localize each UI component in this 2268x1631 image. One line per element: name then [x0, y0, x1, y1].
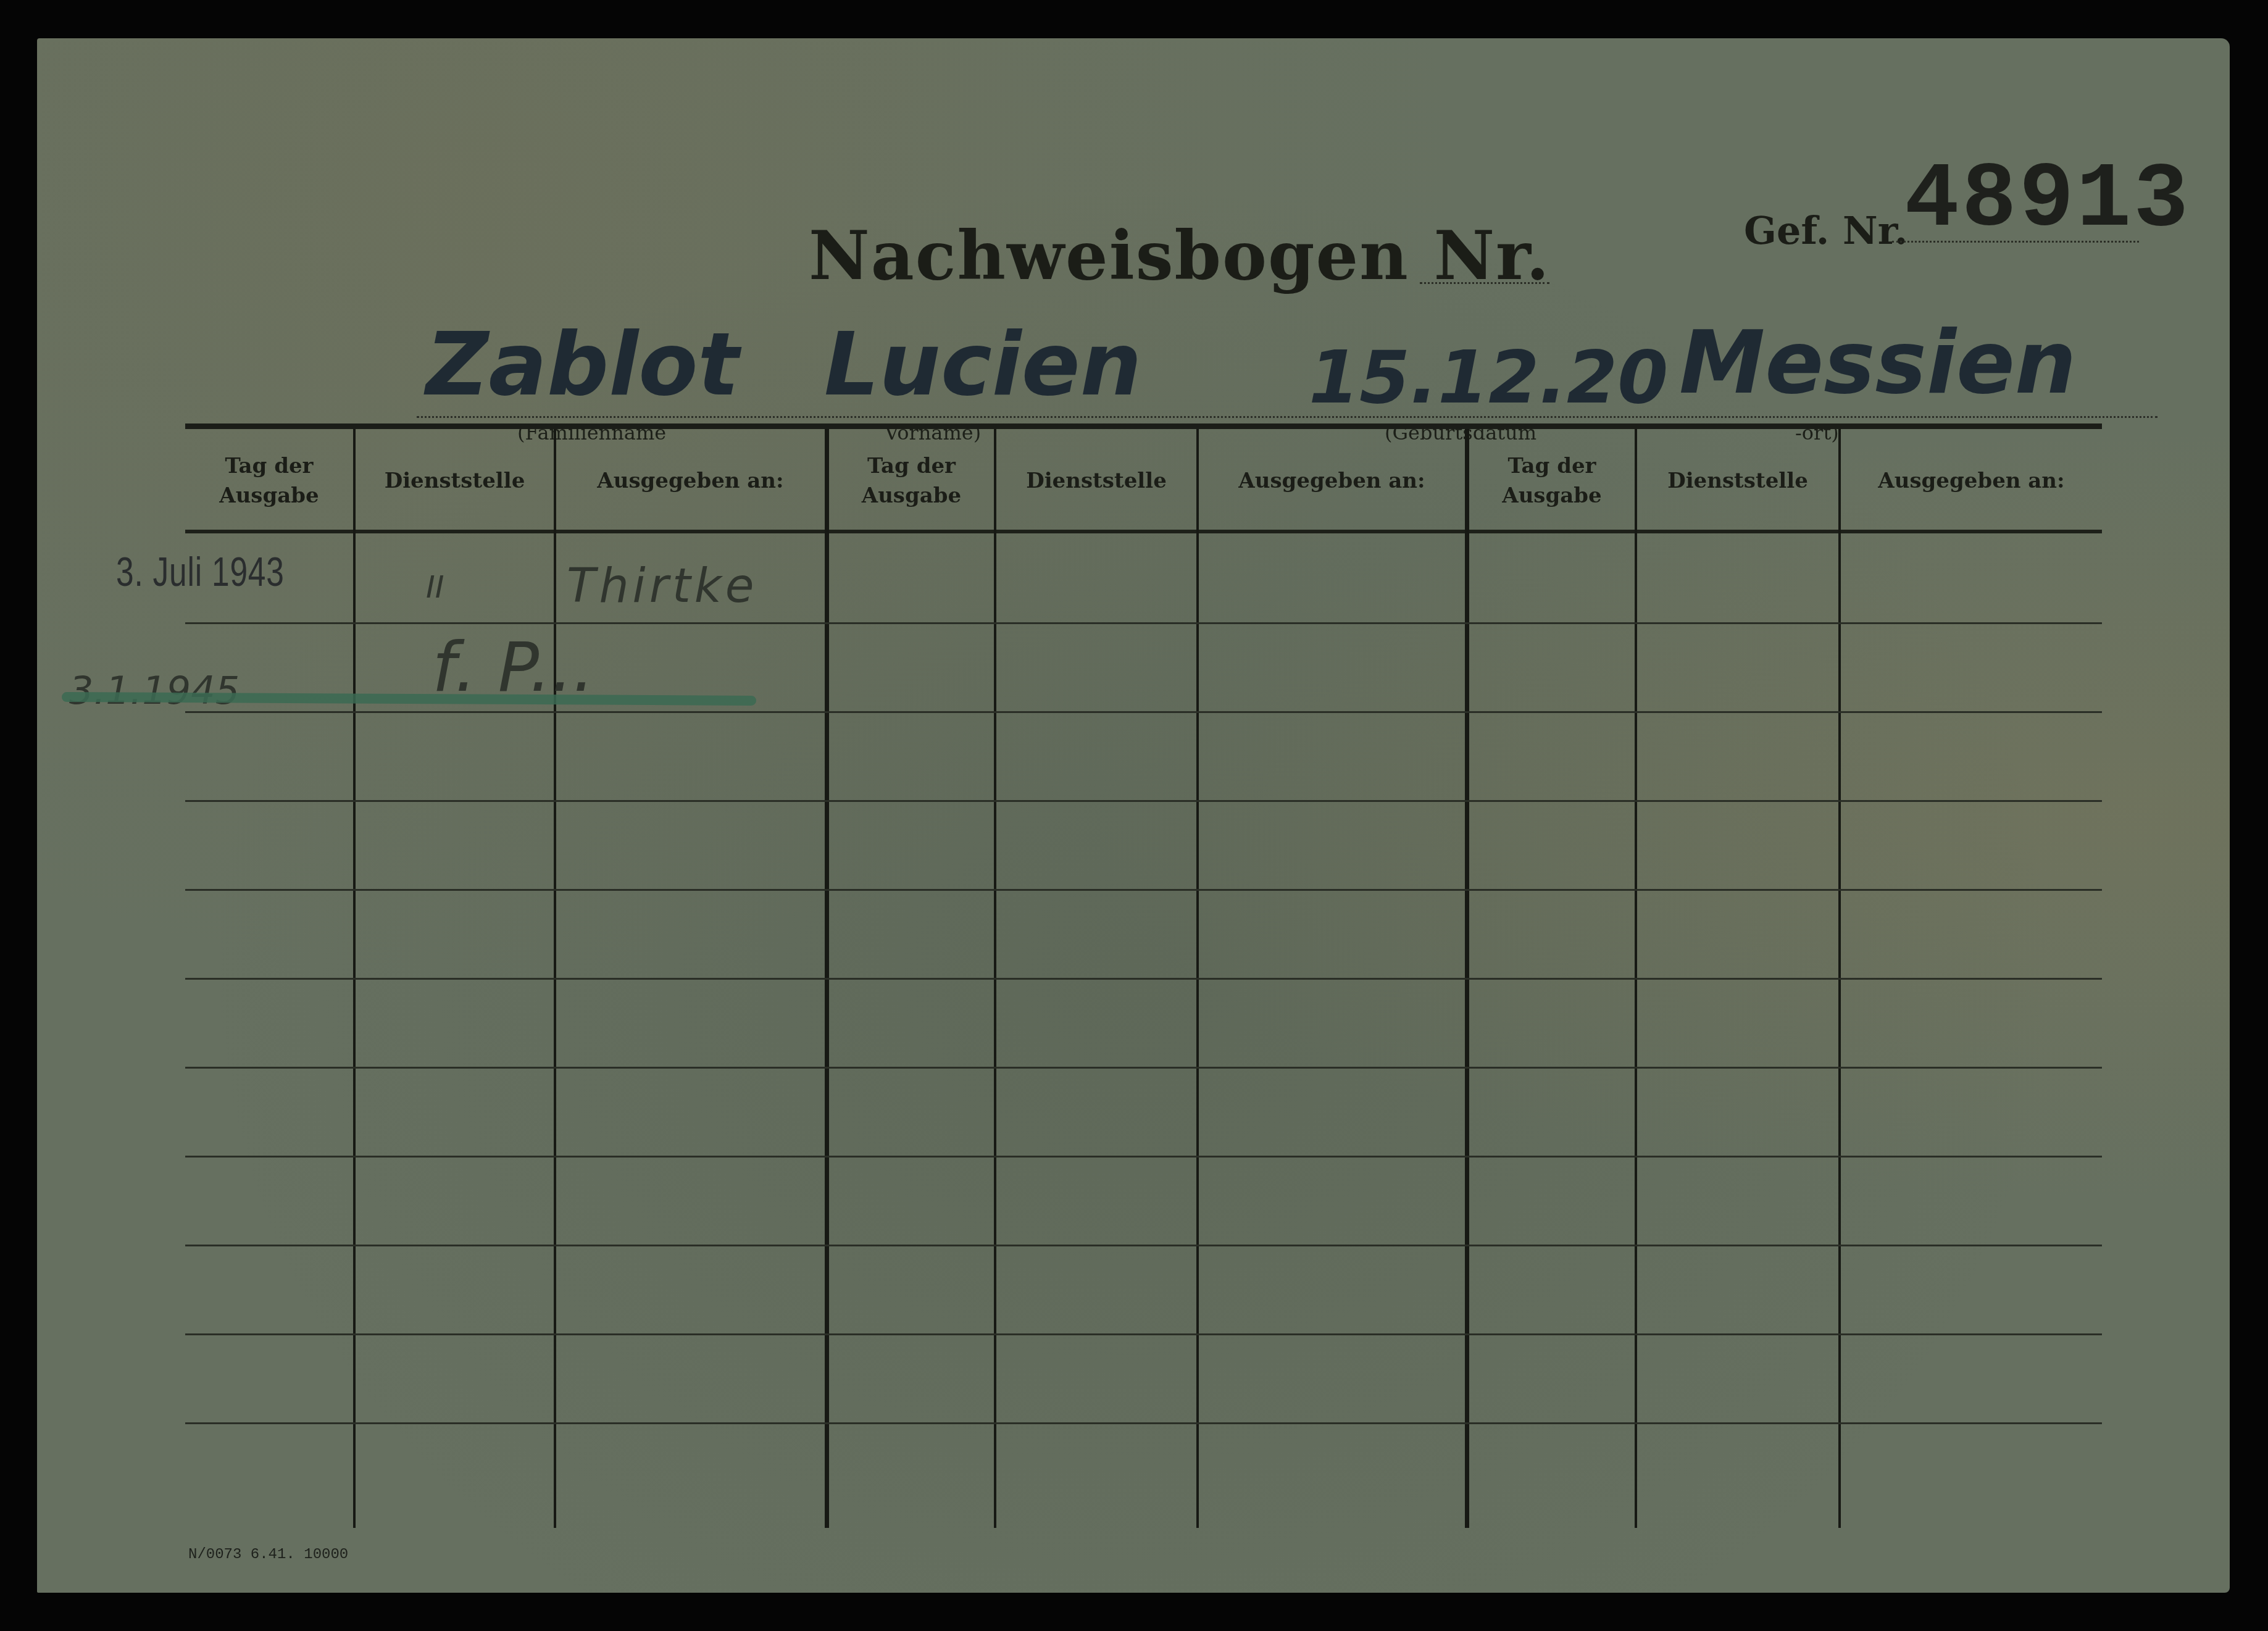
- entry-1-ausgegeben-an: Thirtke: [567, 558, 758, 613]
- row-line: [185, 1245, 2102, 1246]
- header-ausgegeben-an-3: Ausgegeben an:: [1841, 432, 2102, 530]
- issue-log-table: Tag der Ausgabe Dienststelle Ausgegeben …: [185, 423, 2102, 1529]
- header-dienststelle-1: Dienststelle: [356, 432, 554, 530]
- row-line: [185, 1333, 2102, 1335]
- table-top-rule: [185, 423, 2102, 429]
- header-bottom-rule: [185, 530, 2102, 533]
- row-line: [185, 978, 2102, 980]
- entry-2-date: 3.1.1945: [69, 668, 240, 713]
- row-line: [185, 1067, 2102, 1069]
- header-tag-der-ausgabe-1: Tag der Ausgabe: [185, 432, 353, 530]
- family-name-value: Zablot: [426, 315, 739, 415]
- personal-data-dotted-line: [417, 416, 2158, 418]
- birth-date-value: 15.12.20: [1309, 335, 1668, 420]
- title-number-dotted-line: [1420, 282, 1549, 284]
- birth-place-value: Messien: [1679, 313, 2077, 414]
- row-line: [185, 1422, 2102, 1424]
- header-ausgegeben-an-2: Ausgegeben an:: [1199, 432, 1465, 530]
- gef-nr-stamp: 48913: [1904, 149, 2191, 252]
- first-name-value: Lucien: [824, 315, 1141, 415]
- header-tag-der-ausgabe-2: Tag der Ausgabe: [829, 432, 994, 530]
- row-line: [185, 1156, 2102, 1158]
- header-dienststelle-3: Dienststelle: [1637, 432, 1838, 530]
- row-line: [185, 711, 2102, 713]
- header-tag-der-ausgabe-3: Tag der Ausgabe: [1469, 432, 1635, 530]
- record-card: Nachweisbogen Nr. Gef. Nr. 48913 Zablot …: [37, 38, 2230, 1593]
- row-line: [185, 622, 2102, 624]
- entry-1-dienststelle: II: [426, 569, 444, 605]
- print-code: N/0073 6.41. 10000: [188, 1546, 348, 1563]
- gef-nr-label: Gef. Nr.: [1744, 208, 1907, 253]
- header-dienststelle-2: Dienststelle: [996, 432, 1196, 530]
- row-line: [185, 889, 2102, 891]
- header-ausgegeben-an-1: Ausgegeben an:: [556, 432, 825, 530]
- entry-1-date-stamp: 3. Juli 1943: [116, 548, 285, 595]
- row-line: [185, 800, 2102, 802]
